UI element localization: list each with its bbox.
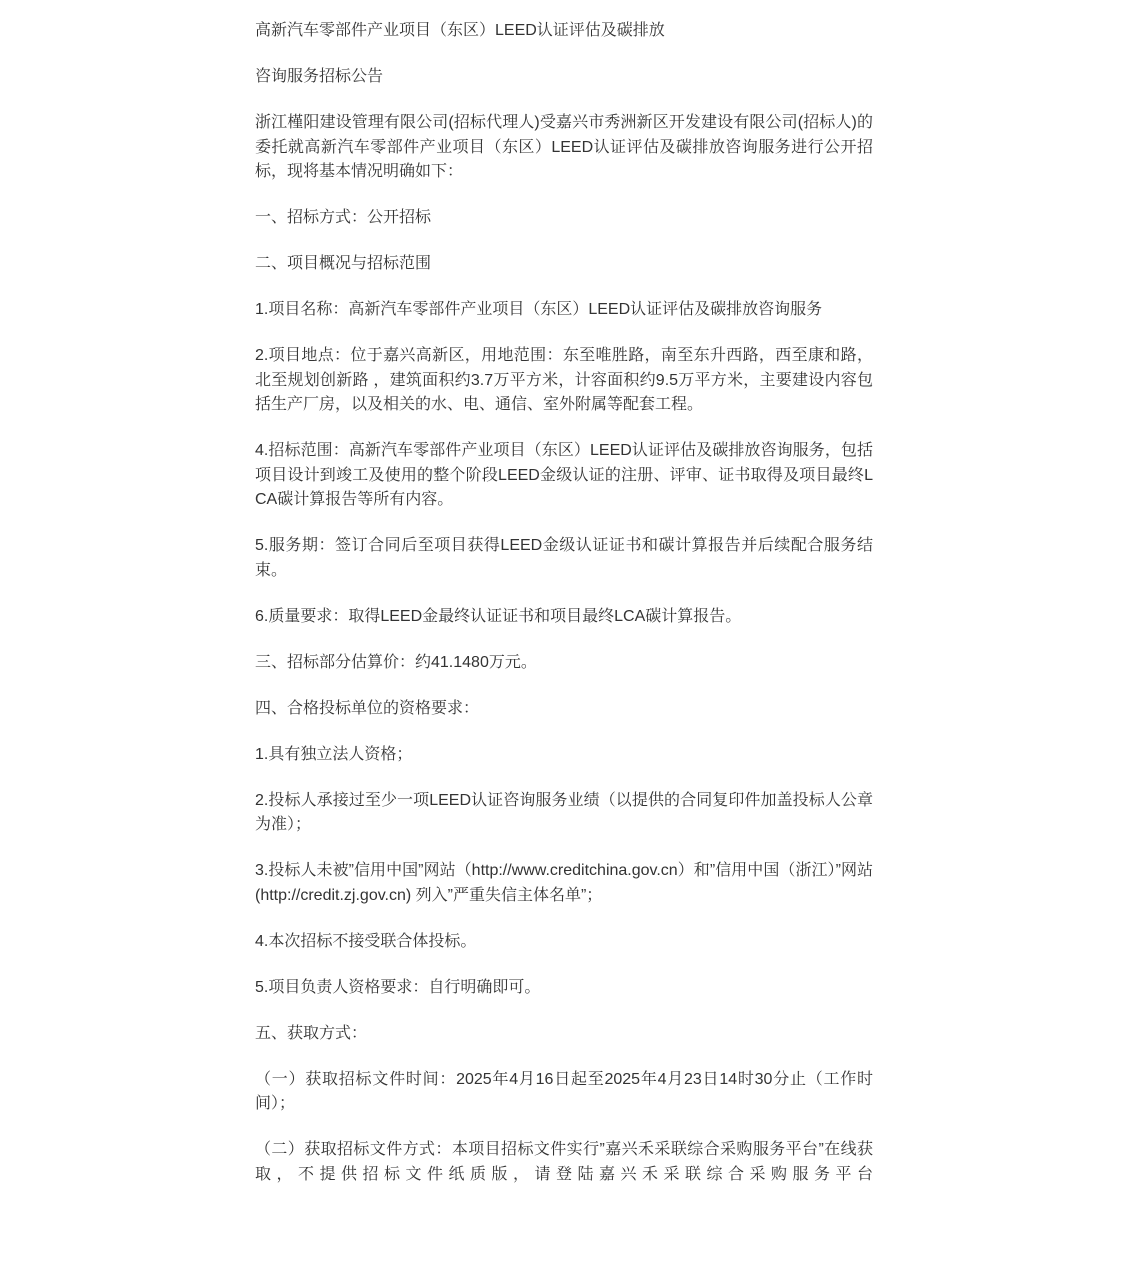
intro-paragraph: 浙江槿阳建设管理有限公司(招标代理人)受嘉兴市秀洲新区开发建设有限公司(招标人)… — [255, 111, 873, 185]
item-bid-scope: 4.招标范围：高新汽车零部件产业项目（东区）LEED认证评估及碳排放咨询服务，包… — [255, 439, 873, 513]
item-quality-requirement: 6.质量要求：取得LEED金最终认证证书和项目最终LCA碳计算报告。 — [255, 605, 873, 630]
doc-title-line-1: 高新汽车零部件产业项目（东区）LEED认证评估及碳排放 — [255, 19, 873, 44]
acquisition-method: （二）获取招标文件方式：本项目招标文件实行”嘉兴禾采联综合采购服务平台”在线获取… — [255, 1138, 873, 1187]
section-2-heading: 二、项目概况与招标范围 — [255, 252, 873, 277]
item-project-location: 2.项目地点：位于嘉兴高新区，用地范围：东至唯胜路，南至东升西路，西至康和路，北… — [255, 344, 873, 418]
item-service-period: 5.服务期：签订合同后至项目获得LEED金级认证证书和碳计算报告并后续配合服务结… — [255, 534, 873, 583]
qualification-item-4: 4.本次招标不接受联合体投标。 — [255, 930, 873, 955]
qualification-item-1: 1.具有独立法人资格； — [255, 743, 873, 768]
doc-title-line-2: 咨询服务招标公告 — [255, 65, 873, 90]
announcement-body: 高新汽车零部件产业项目（东区）LEED认证评估及碳排放 咨询服务招标公告 浙江槿… — [255, 19, 873, 1209]
section-3-estimate-price: 三、招标部分估算价：约41.1480万元。 — [255, 651, 873, 676]
section-4-heading: 四、合格投标单位的资格要求： — [255, 697, 873, 722]
qualification-item-5: 5.项目负责人资格要求：自行明确即可。 — [255, 976, 873, 1001]
qualification-item-2: 2.投标人承接过至少一项LEED认证咨询服务业绩（以提供的合同复印件加盖投标人公… — [255, 789, 873, 838]
announcement-page: 高新汽车零部件产业项目（东区）LEED认证评估及碳排放 咨询服务招标公告 浙江槿… — [0, 0, 1122, 1264]
acquisition-time: （一）获取招标文件时间：2025年4月16日起至2025年4月23日14时30分… — [255, 1068, 873, 1117]
section-1-bid-method: 一、招标方式：公开招标 — [255, 206, 873, 231]
section-5-heading: 五、获取方式： — [255, 1022, 873, 1047]
item-project-name: 1.项目名称：高新汽车零部件产业项目（东区）LEED认证评估及碳排放咨询服务 — [255, 298, 873, 323]
qualification-item-3: 3.投标人未被”信用中国”网站（http://www.creditchina.g… — [255, 859, 873, 908]
